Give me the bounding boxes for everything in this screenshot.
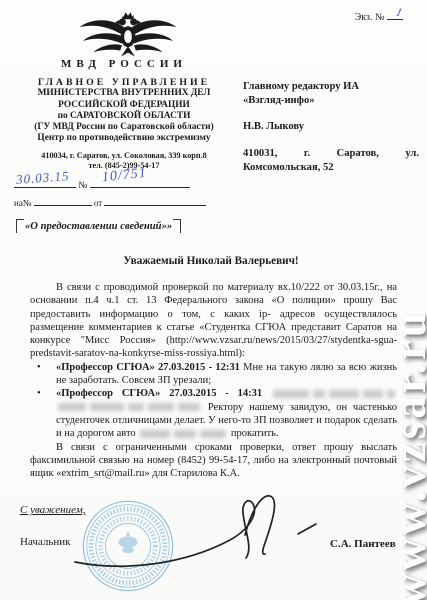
sender-line: ГЛАВНОЕ УПРАВЛЕНИЕ — [6, 77, 242, 88]
org-title: МВД РОССИИ — [8, 58, 240, 70]
exemplar-block: Экз. № 1 — [355, 12, 403, 23]
number-sign: № — [78, 181, 87, 191]
outgoing-number-handwritten: 10/751 — [101, 166, 147, 187]
sender-letterhead: ГЛАВНОЕ УПРАВЛЕНИЕ МИНИСТЕРСТВА ВНУТРЕНН… — [6, 77, 242, 172]
subject-text: «О предоставлении сведений»» — [25, 221, 172, 232]
recipient-title-line2: «Взгляд-инфо» — [243, 94, 419, 108]
bullet-icon: • — [37, 387, 41, 400]
subject-corner-right — [173, 219, 181, 233]
body-paragraph-2: В связи с ограниченными сроками проверки… — [30, 441, 397, 481]
comment-item: • «Профессор СГЮА» 27.03.2015 - 14:31 Ре… — [30, 387, 397, 440]
subject-line: «О предоставлении сведений»» — [16, 219, 181, 236]
mvd-eagle-emblem-icon — [76, 10, 180, 58]
blank-line — [104, 205, 206, 206]
comment-author: «Профессор СГЮА» 27.03.2015 - 12:31 — [56, 362, 240, 373]
outgoing-ref-row: 30.03.15 № 10/751 — [14, 181, 190, 191]
sender-line: РОССИЙСКОЙ ФЕДЕРАЦИИ — [6, 100, 242, 111]
bullet-icon: • — [37, 361, 41, 374]
scanned-letter-page: Экз. № 1 МВД РОССИИ — [0, 0, 427, 600]
recipient-block: Главному редактору ИА «Взгляд-инфо» Н.В.… — [243, 80, 419, 175]
comment-text: прокатить. — [231, 428, 279, 439]
comment-item: • «Профессор СГЮА» 27.03.2015 - 12:31 Мн… — [30, 361, 397, 388]
body-paragraph-1: В связи с проводимой проверкой по матери… — [30, 281, 397, 361]
sender-line: МИНИСТЕРСТВА ВНУТРЕННИХ ДЕЛ — [6, 88, 242, 99]
outgoing-date-handwritten: 30.03.15 — [16, 168, 70, 188]
sender-address: 410034, г. Саратов, ул. Соколовая, 339 к… — [6, 151, 242, 162]
blank-line — [90, 187, 190, 188]
recipient-name: Н.В. Лыкову — [243, 120, 419, 134]
sender-line: (ГУ МВД России по Саратовской области) — [6, 122, 242, 133]
sender-line: Центр по противодействию экстремизму — [6, 133, 242, 144]
signer-name: С.А. Пантеев — [330, 538, 396, 550]
incoming-label: на№ — [14, 198, 31, 208]
recipient-address-line1: 410031, г. Саратов, ул. — [243, 147, 419, 161]
subject-corner-left — [16, 219, 24, 233]
handwritten-signature — [63, 486, 321, 576]
blank-line — [34, 205, 92, 206]
comment-author: «Профессор СГЮА» 27.03.2015 - 14:31 — [56, 388, 262, 399]
redacted-text — [138, 428, 228, 439]
salutation: Уважаемый Николай Валерьевич! — [30, 255, 392, 267]
sender-line: по САРАТОВСКОЙ ОБЛАСТИ — [6, 111, 242, 122]
recipient-address-line2: Комсомольская, 52 — [243, 161, 419, 175]
recipient-title-line1: Главному редактору ИА — [243, 80, 419, 94]
exemplar-label: Экз. № — [355, 12, 385, 23]
incoming-from-label: от — [94, 198, 102, 208]
incoming-ref-row: на№ от — [14, 198, 206, 208]
letter-body: В связи с проводимой проверкой по матери… — [30, 281, 397, 480]
